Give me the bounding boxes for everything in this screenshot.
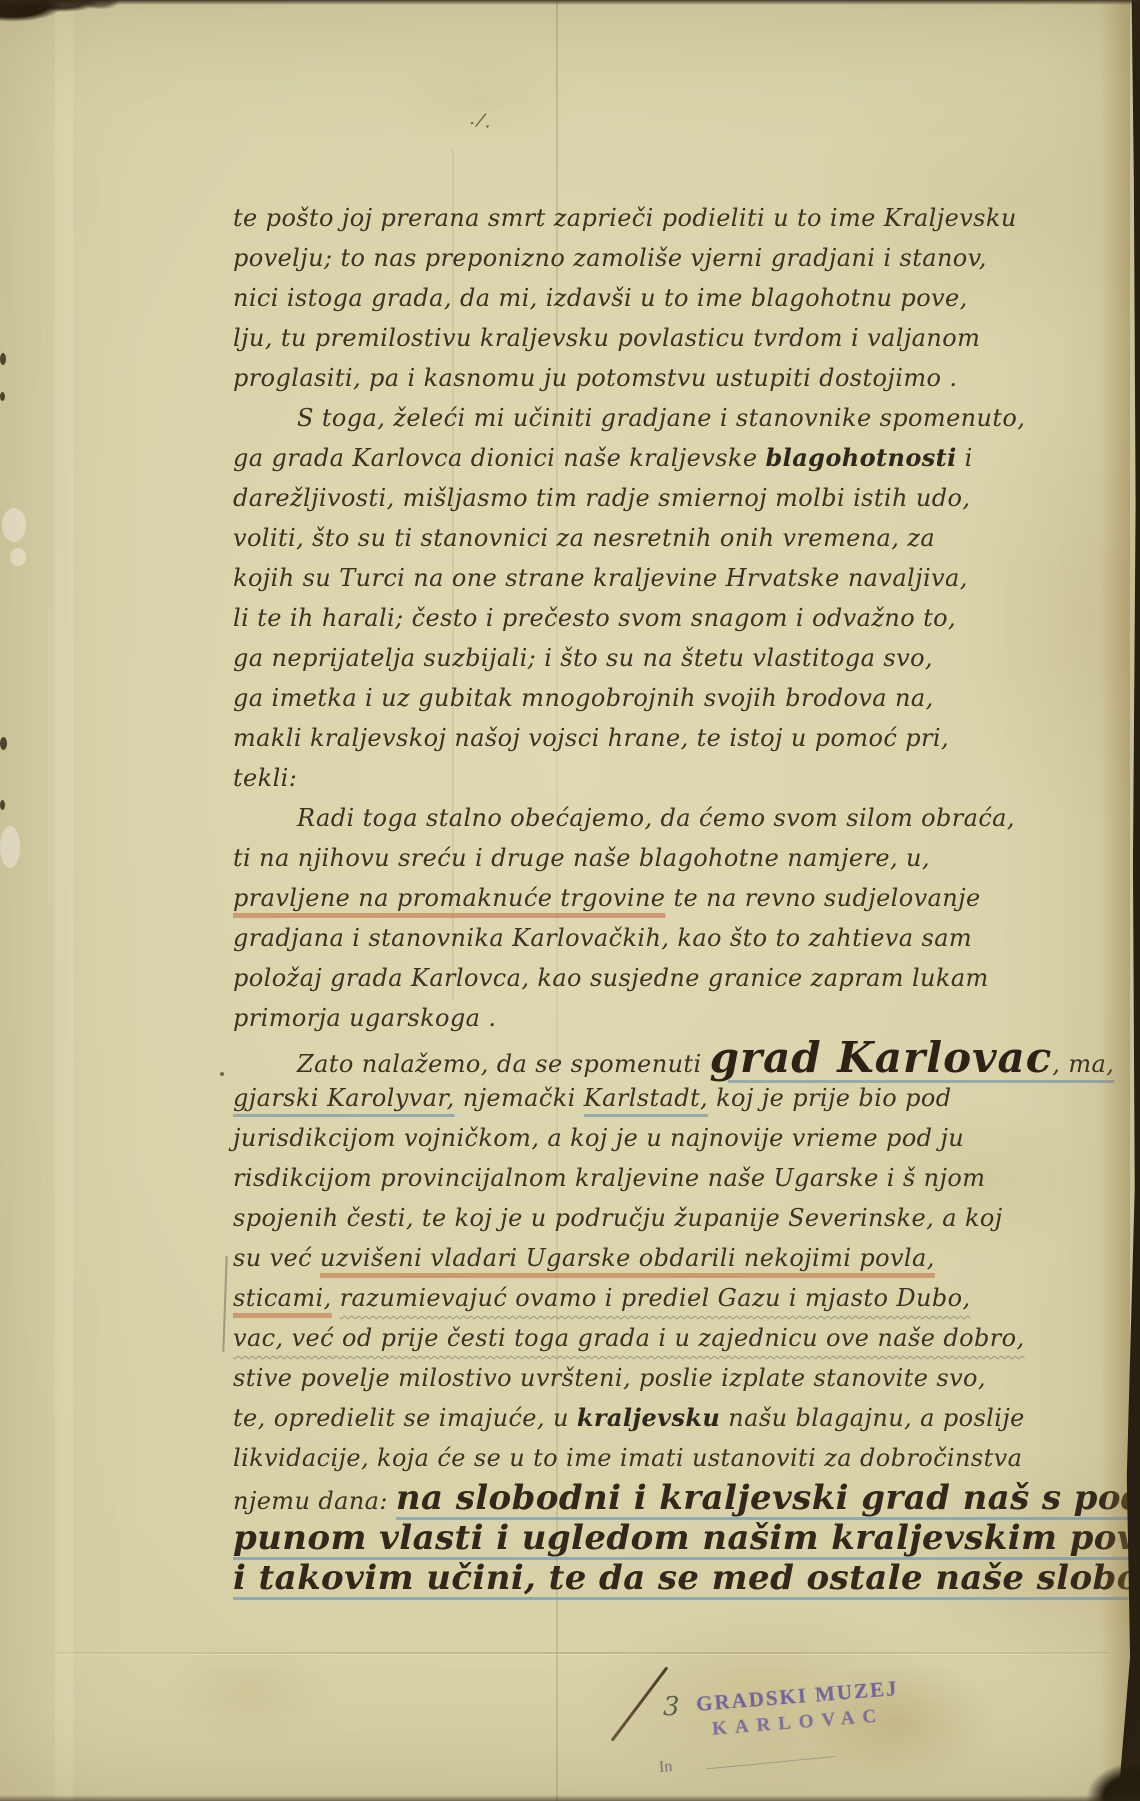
manuscript-line: lju, tu premilostivu kraljevsku povlasti…: [233, 318, 997, 358]
manuscript-line: jurisdikcijom vojničkom, a koj je u najn…: [233, 1118, 997, 1158]
manuscript-lines: te pošto joj prerana smrt zaprieči podie…: [233, 198, 997, 1598]
reference-number: 3: [663, 1692, 680, 1722]
manuscript-line: S toga, želeći mi učiniti gradjane i sta…: [233, 398, 997, 438]
manuscript-line: proglasiti, pa i kasnomu ju potomstvu us…: [233, 358, 997, 398]
top-scan-edge: [0, 0, 1140, 5]
manuscript-text-segment: risdikcijom provincijalnom kraljevine na…: [233, 1164, 985, 1192]
edge-speck: [0, 737, 7, 750]
manuscript-line: spojenih česti, te koj je u području žup…: [233, 1198, 997, 1238]
manuscript-line: stive povelje milostivo uvršteni, poslie…: [233, 1358, 997, 1398]
manuscript-text-segment: Radi toga stalno obećajemo, da ćemo svom…: [297, 804, 1015, 832]
manuscript-text-segment: makli kraljevskoj našoj vojsci hrane, te…: [233, 724, 949, 752]
manuscript-text-segment: Zato nalažemo, da se spomenuti: [297, 1050, 710, 1078]
museum-stamp: GRADSKI MUZEJ KARLOVAC In: [695, 1668, 1001, 1773]
manuscript-line: voliti, što su ti stanovnici za nesretni…: [233, 518, 997, 558]
manuscript-line: risdikcijom provincijalnom kraljevine na…: [233, 1158, 997, 1198]
reference-slash-mark: [611, 1666, 669, 1741]
manuscript-text-segment: pravljene na promaknuće trgovine: [233, 884, 665, 912]
manuscript-text-segment: [332, 1284, 340, 1312]
manuscript-text-segment: i takovim učini, te da se med ostale naš…: [233, 1558, 1140, 1598]
manuscript-line: sticami, razumievajuć ovamo i prediel Ga…: [233, 1278, 997, 1318]
manuscript-text-segment: ga imetka i uz gubitak mnogobrojnih svoj…: [233, 684, 934, 712]
manuscript-line: likvidacije, koja će se u to ime imati u…: [233, 1438, 997, 1478]
manuscript-text-segment: lju, tu premilostivu kraljevsku povlasti…: [233, 324, 980, 352]
manuscript-text-segment: te, opredielit se imajuće, u: [233, 1404, 577, 1432]
manuscript-line: povelju; to nas preponizno zamoliše vjer…: [233, 238, 997, 278]
right-paper-edge-browning: [1100, 0, 1130, 1801]
manuscript-text-segment: nici istoga grada, da mi, izdavši u to i…: [233, 284, 968, 312]
manuscript-text-segment: likvidacije, koja će se u to ime imati u…: [233, 1444, 1022, 1472]
manuscript-text-segment: kraljevsku: [577, 1403, 720, 1432]
manuscript-line: darežljivosti, mišljasmo tim radje smier…: [233, 478, 997, 518]
manuscript-line: ga grada Karlovca dionici naše kraljevsk…: [233, 438, 997, 478]
left-fold-band: [55, 0, 73, 1801]
manuscript-line: li te ih harali; često i prečesto svom s…: [233, 598, 997, 638]
stamp-inventory-blank-line: [707, 1756, 836, 1769]
manuscript-text-segment: kojih su Turci na one strane kraljevine …: [233, 564, 968, 592]
top-left-corner-shadow: [0, 0, 120, 48]
paper-damage-spot: [10, 548, 26, 566]
manuscript-text-segment: Karlstadt,: [584, 1084, 708, 1112]
manuscript-line: pravljene na promaknuće trgovine te na r…: [233, 878, 997, 918]
horizontal-fold-crease: [55, 1652, 1110, 1654]
manuscript-text-segment: te na revno sudjelovanje: [665, 884, 980, 912]
manuscript-text-segment: njemu dana:: [233, 1487, 396, 1515]
margin-pencil-line: [222, 1256, 227, 1352]
manuscript-text-segment: sticami,: [233, 1284, 332, 1312]
manuscript-text-segment: jurisdikcijom vojničkom, a koj je u najn…: [233, 1124, 964, 1152]
paper-damage-spot: [2, 508, 26, 542]
manuscript-line: Zato nalažemo, da se spomenuti grad Karl…: [233, 1038, 997, 1078]
manuscript-text-segment: S toga, želeći mi učiniti gradjane i sta…: [297, 404, 1025, 432]
manuscript-text-segment: povelju; to nas preponizno zamoliše vjer…: [233, 244, 987, 272]
manuscript-text-segment: proglasiti, pa i kasnomu ju potomstvu us…: [233, 364, 957, 392]
manuscript-text-segment: našu blagajnu, a poslije: [720, 1404, 1025, 1432]
manuscript-text-segment: ti na njihovu sreću i druge naše blagoho…: [233, 844, 930, 872]
manuscript-text-segment: primorja ugarskoga .: [233, 1004, 496, 1032]
manuscript-line: Radi toga stalno obećajemo, da ćemo svom…: [233, 798, 997, 838]
manuscript-text-segment: vac, već od prije česti toga grada i u z…: [233, 1324, 1024, 1352]
manuscript-text-segment: su već: [233, 1244, 320, 1272]
manuscript-text-segment: blagohotnosti: [766, 443, 957, 472]
manuscript-text-segment: ga grada Karlovca dionici naše kraljevsk…: [233, 444, 766, 472]
manuscript-text-segment: uzvišeni vladari Ugarske obdarili nekoji…: [320, 1244, 935, 1272]
manuscript-line: i takovim učini, te da se med ostale naš…: [233, 1558, 997, 1598]
edge-speck: [0, 800, 5, 810]
manuscript-text-segment: položaj grada Karlovca, kao susjedne gra…: [233, 964, 989, 992]
manuscript-line: njemu dana: na slobodni i kraljevski gra…: [233, 1478, 997, 1518]
manuscript-line: ga neprijatelja suzbijali; i što su na š…: [233, 638, 997, 678]
manuscript-text-segment: li te ih harali; često i prečesto svom s…: [233, 604, 956, 632]
manuscript-line: su već uzvišeni vladari Ugarske obdarili…: [233, 1238, 997, 1278]
manuscript-line: gjarski Karolyvar, njemački Karlstadt, k…: [233, 1078, 997, 1118]
manuscript-line: ga imetka i uz gubitak mnogobrojnih svoj…: [233, 678, 997, 718]
manuscript-text-segment: njemački: [455, 1084, 584, 1112]
manuscript-text-segment: na slobodni i kraljevski grad naš s pod: [396, 1478, 1140, 1518]
scanned-document-page: ./. te pošto joj prerana smrt zaprieči p…: [0, 0, 1140, 1801]
manuscript-text-segment: te pošto joj prerana smrt zaprieči podie…: [233, 204, 1017, 232]
ink-dot: [220, 1072, 224, 1076]
manuscript-text-segment: grad Karlovac: [710, 1033, 1053, 1082]
manuscript-text-segment: razumievajuć ovamo i prediel Gazu i mjas…: [340, 1284, 971, 1312]
bottom-scan-edge: [0, 1795, 1140, 1801]
manuscript-line: makli kraljevskoj našoj vojsci hrane, te…: [233, 718, 997, 758]
manuscript-text-segment: darežljivosti, mišljasmo tim radje smier…: [233, 484, 970, 512]
stamp-inventory-prefix: In: [658, 1758, 673, 1776]
manuscript-text-segment: tekli:: [233, 764, 297, 792]
paper-damage-spot: [0, 826, 20, 868]
edge-speck: [0, 353, 6, 365]
manuscript-line: tekli:: [233, 758, 997, 798]
manuscript-line: punom vlasti i ugledom našim kraljevskim…: [233, 1518, 997, 1558]
top-page-mark: ./.: [468, 108, 495, 133]
manuscript-line: položaj grada Karlovca, kao susjedne gra…: [233, 958, 997, 998]
manuscript-text-segment: gjarski Karolyvar,: [233, 1084, 455, 1112]
manuscript-line: kojih su Turci na one strane kraljevine …: [233, 558, 997, 598]
manuscript-text-segment: spojenih česti, te koj je u području žup…: [233, 1204, 1003, 1232]
manuscript-text-segment: ga neprijatelja suzbijali; i što su na š…: [233, 644, 933, 672]
manuscript-line: te pošto joj prerana smrt zaprieči podie…: [233, 198, 997, 238]
manuscript-line: vac, već od prije česti toga grada i u z…: [233, 1318, 997, 1358]
manuscript-text-segment: koj je prije bio pod: [708, 1084, 951, 1112]
manuscript-line: te, opredielit se imajuće, u kraljevsku …: [233, 1398, 997, 1438]
manuscript-text-segment: gradjana i stanovnika Karlovačkih, kao š…: [233, 924, 972, 952]
manuscript-line: nici istoga grada, da mi, izdavši u to i…: [233, 278, 997, 318]
manuscript-line: gradjana i stanovnika Karlovačkih, kao š…: [233, 918, 997, 958]
bottom-right-corner-shadow: [1050, 1731, 1140, 1801]
manuscript-text-segment: voliti, što su ti stanovnici za nesretni…: [233, 524, 935, 552]
manuscript-text-segment: i: [957, 444, 973, 472]
manuscript-line: primorja ugarskoga .: [233, 998, 997, 1038]
manuscript-text-segment: stive povelje milostivo uvršteni, poslie…: [233, 1364, 986, 1392]
manuscript-line: ti na njihovu sreću i druge naše blagoho…: [233, 838, 997, 878]
manuscript-text-segment: punom vlasti i ugledom našim kraljevskim…: [233, 1518, 1140, 1558]
edge-speck: [0, 392, 5, 401]
